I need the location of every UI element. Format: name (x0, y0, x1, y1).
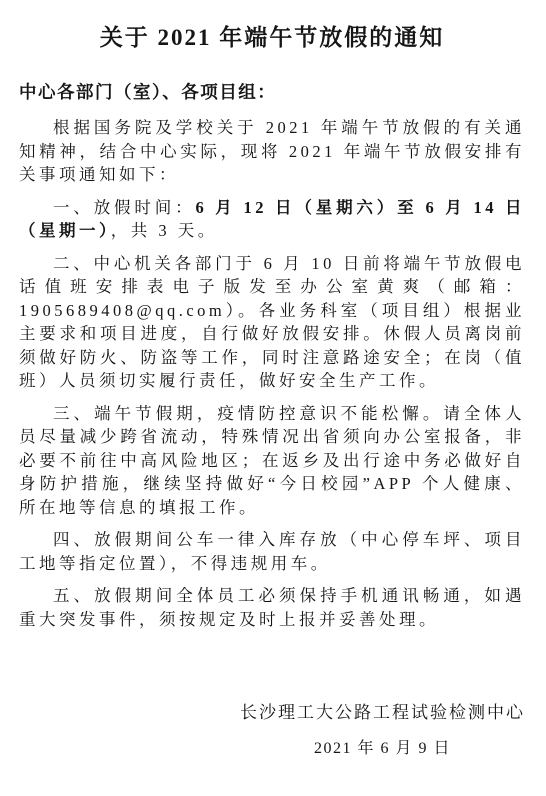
vehicle-rules-paragraph: 四、放假期间公车一律入库存放（中心停车坪、项目工地等指定位置），不得违规用车。 (19, 528, 525, 575)
pandemic-control-paragraph: 三、端午节假期，疫情防控意识不能松懈。请全体人员尽量减少跨省流动，特殊情况出省须… (19, 402, 525, 520)
notice-title: 关于 2021 年端午节放假的通知 (19, 22, 525, 54)
signature-organization: 长沙理工大公路工程试验检测中心 (240, 701, 525, 724)
salutation: 中心各部门（室）、各项目组： (19, 80, 525, 104)
duty-schedule-text-before-email: 二、中心机关各部门于 6 月 10 日前将端午节放假电话值班安排表电子版发至办公… (19, 254, 525, 297)
duty-schedule-paragraph: 二、中心机关各部门于 6 月 10 日前将端午节放假电话值班安排表电子版发至办公… (19, 252, 525, 393)
email-address: 1905689408@qq.com (19, 301, 225, 320)
holiday-time-paragraph: 一、放假时间：6 月 12 日（星期六）至 6 月 14 日（星期一），共 3 … (19, 196, 525, 243)
holiday-time-prefix: 一、放假时间： (53, 198, 195, 217)
holiday-time-suffix: ，共 3 天。 (111, 221, 218, 240)
signature-block: 长沙理工大公路工程试验检测中心 2021 年 6 月 9 日 (240, 701, 525, 760)
intro-paragraph: 根据国务院及学校关于 2021 年端午节放假的有关通知精神，结合中心实际，现将 … (19, 116, 525, 187)
signature-date: 2021 年 6 月 9 日 (240, 738, 525, 760)
communication-paragraph: 五、放假期间全体员工必须保持手机通讯畅通，如遇重大突发事件，须按规定及时上报并妥… (19, 584, 525, 631)
notice-document-page: 关于 2021 年端午节放假的通知 中心各部门（室）、各项目组： 根据国务院及学… (0, 0, 546, 796)
